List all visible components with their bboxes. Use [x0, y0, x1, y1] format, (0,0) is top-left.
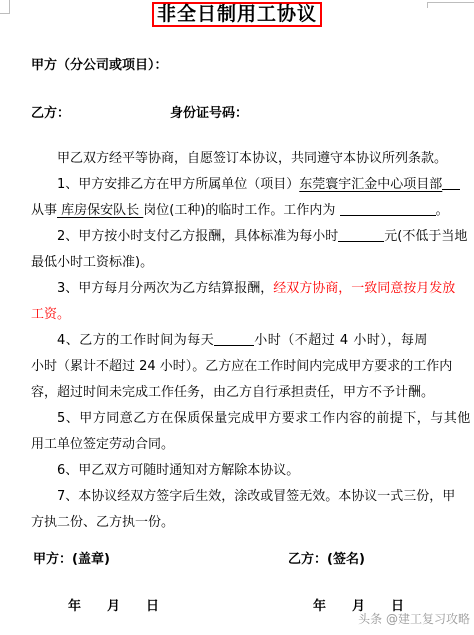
text-segment: 元(不低于当地	[384, 229, 467, 244]
text-segment: 6、甲乙双方可随时通知对方解除本协议。	[57, 463, 299, 478]
date-row-party-a: 年 月 日	[68, 595, 159, 614]
body-line: 3、甲方每月分两次为乙方结算报酬，经双方协商，一致同意按月发放	[31, 276, 463, 302]
text-segment: 岗位(工种)的临时工作。工作内为	[143, 203, 339, 218]
body-line: 方执二份、乙方执一份。	[31, 510, 463, 536]
text-segment: 3、甲方每月分两次为乙方结算报酬，	[57, 281, 273, 296]
body-line: 5、甲方同意乙方在保质保量完成甲方要求工作内容的前提下，与其他	[31, 406, 463, 432]
text-segment: 从事	[31, 203, 57, 218]
text-segment: 用工单位签定劳动合同。	[31, 437, 174, 452]
date-label-year: 年	[68, 595, 81, 614]
signature-party-b: 乙方：(签名)	[288, 548, 365, 567]
text-segment: 方执二份、乙方执一份。	[31, 515, 174, 530]
date-label-month: 月	[107, 595, 120, 614]
document-page: 非全日制用工协议 甲方（分公司或项目）： 乙方： 身份证号码： 甲乙双方经平等协…	[0, 0, 474, 635]
text-segment: 东莞寰宇汇金中心项目部	[299, 177, 442, 192]
text-segment: 库房保安队长	[57, 203, 143, 218]
text-segment: 小时（不超过 4 小时），每周	[254, 333, 428, 348]
body-line: 小时（累计不超过 24 小时）。乙方应在工作时间内完成甲方要求的工作内	[31, 354, 463, 380]
watermark: 头条 @建工复习攻略	[358, 610, 470, 627]
body-line: 用工单位签定劳动合同。	[31, 432, 463, 458]
blank-underline-field	[214, 331, 254, 346]
text-segment: 最低小时工资标准)。	[31, 255, 153, 270]
text-segment: 。	[436, 203, 449, 218]
date-label-year: 年	[313, 595, 326, 614]
title-row: 非全日制用工协议	[0, 2, 474, 27]
date-label-day: 日	[146, 595, 159, 614]
blank-underline-field	[442, 175, 460, 190]
text-segment: 经双方协商，一致同意按月发放	[273, 281, 455, 296]
blank-underline-field	[340, 201, 436, 216]
text-segment: 容，超过时间未完成工作任务，由乙方自行承担责任，甲方不予计酬。	[31, 385, 434, 400]
body-line: 从事 库房保安队长 岗位(工种)的临时工作。工作内为 。	[31, 198, 463, 224]
text-segment: 2、甲方按小时支付乙方报酬，具体标准为每小时	[57, 229, 338, 244]
text-segment: 4、乙方的工作时间为每天	[57, 333, 214, 348]
blank-underline-field	[338, 227, 384, 242]
text-segment: 7、本协议经双方签字后生效，涂改或冒签无效。本协议一式三份，甲	[57, 489, 455, 504]
text-segment: 1、甲方安排乙方在甲方所属单位（项目）	[57, 177, 299, 192]
body-line: 甲乙双方经平等协商，自愿签订本协议，共同遵守本协议所列条款。	[31, 146, 463, 172]
text-segment: 工资。	[31, 307, 70, 322]
text-segment: 甲乙双方经平等协商，自愿签订本协议，共同遵守本协议所列条款。	[57, 151, 447, 166]
body-line: 7、本协议经双方签字后生效，涂改或冒签无效。本协议一式三份，甲	[31, 484, 463, 510]
page-title: 非全日制用工协议	[152, 2, 322, 27]
text-segment: 小时（累计不超过 24 小时）。乙方应在工作时间内完成甲方要求的工作内	[31, 359, 452, 374]
body-line: 2、甲方按小时支付乙方报酬，具体标准为每小时元(不低于当地	[31, 224, 463, 250]
body-line: 1、甲方安排乙方在甲方所属单位（项目）东莞寰宇汇金中心项目部	[31, 172, 463, 198]
id-number-label: 身份证号码：	[170, 102, 248, 121]
body-line: 6、甲乙双方可随时通知对方解除本协议。	[31, 458, 463, 484]
party-a-label: 甲方（分公司或项目）：	[31, 54, 168, 73]
signature-party-a: 甲方：(盖章)	[33, 548, 110, 567]
text-segment: 5、甲方同意乙方在保质保量完成甲方要求工作内容的前提下，与其他	[57, 411, 471, 426]
body-line: 最低小时工资标准)。	[31, 250, 463, 276]
party-b-label: 乙方：	[31, 102, 70, 121]
body-line: 容，超过时间未完成工作任务，由乙方自行承担责任，甲方不予计酬。	[31, 380, 463, 406]
body-line: 工资。	[31, 302, 463, 328]
body-line: 4、乙方的工作时间为每天小时（不超过 4 小时），每周	[31, 328, 463, 354]
document-body: 甲乙双方经平等协商，自愿签订本协议，共同遵守本协议所列条款。1、甲方安排乙方在甲…	[31, 146, 463, 536]
